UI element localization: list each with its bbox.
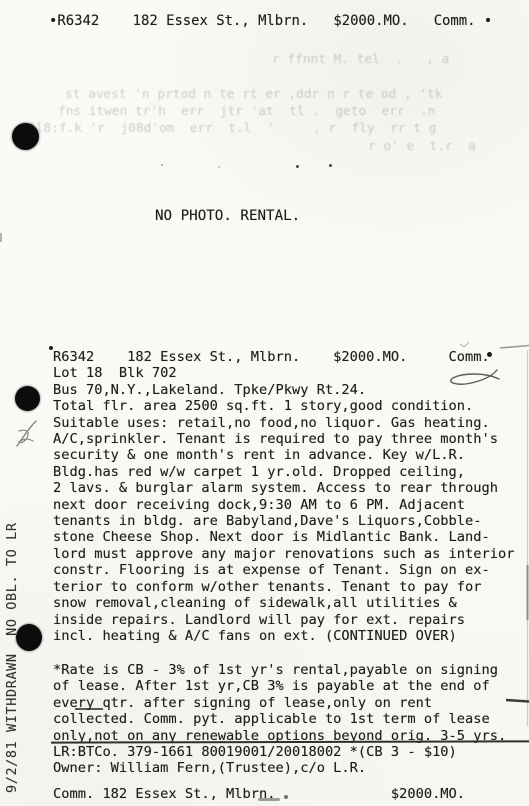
ghost-text-line: 8l8:f.k 'r j08d'om err t.l ' , r fly rr …	[28, 121, 436, 137]
listing-body-text: R6342 182 Essex St., Mlbrn. $2000.MO. Co…	[53, 349, 514, 644]
speck	[218, 166, 220, 168]
speck	[329, 164, 332, 167]
no-photo-label: NO PHOTO. RENTAL.	[155, 208, 300, 224]
footer-smudge-dot	[284, 795, 288, 799]
ghost-text-line: fns itwen tr'h err jtr 'at tl . geto err…	[58, 104, 436, 120]
pen-underline-short	[75, 708, 103, 710]
top-index-line: •R6342 182 Essex St., Mlbrn. $2000.MO. C…	[49, 13, 492, 29]
scanned-listing-card: •R6342 182 Essex St., Mlbrn. $2000.MO. C…	[0, 0, 529, 806]
edge-mark	[0, 233, 2, 242]
speck	[161, 164, 163, 166]
ghost-text-line: r ffnnt M. tel . , a	[272, 52, 449, 68]
pencil-line-top-right	[500, 346, 529, 349]
withdrawn-annotation: 9/2/81 WITHDRAWN NO OBL. TO LR	[4, 522, 20, 793]
footer-smudge	[258, 798, 280, 801]
hole-punch	[12, 123, 39, 150]
handwritten-k-loop	[19, 430, 33, 442]
ghost-text-line: r o' e t.r a	[368, 139, 476, 155]
commission-note-text: *Rate is CB - 3% of 1st yr's rental,paya…	[53, 662, 506, 777]
speck	[296, 165, 299, 168]
ghost-text-line: st avest 'n prtod n te rt er ,ddr n r te…	[65, 87, 443, 103]
handwritten-k-mark	[17, 421, 36, 446]
tiny-check-mark	[460, 342, 469, 347]
right-edge-dash	[506, 700, 529, 702]
hole-punch	[15, 386, 40, 411]
